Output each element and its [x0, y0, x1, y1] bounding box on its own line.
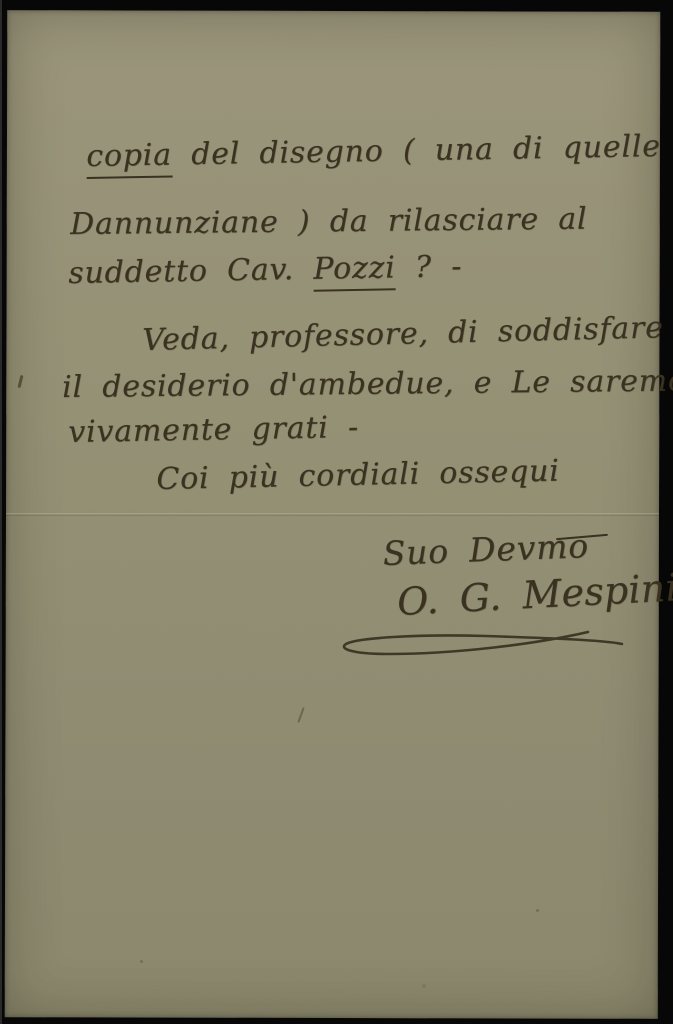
letter-line-5: il desiderio d'ambedue, e Le saremo — [62, 363, 673, 405]
letter-closing: Suo Devmo — [382, 526, 590, 573]
letter-line-3-post: ? - — [395, 249, 462, 285]
letter-line-6: vivamente grati - — [68, 410, 359, 450]
underlined-word-pozzi: Pozzi — [313, 250, 396, 291]
paper-speck — [140, 960, 143, 963]
scanned-letter-page: copia del disegno ( una di quelle Dannun… — [0, 0, 673, 1024]
scan-edge-highlight — [0, 0, 2, 1024]
underlined-word-copia: copia — [86, 138, 172, 179]
letter-line-3-pre: suddetto Cav. — [68, 252, 314, 291]
paper-speck — [536, 909, 539, 912]
letter-line-2: Dannunziane ) da rilasciare al — [70, 202, 588, 242]
letter-line-3: suddetto Cav. Pozzi ? - — [68, 249, 462, 291]
paper-stain — [422, 984, 426, 988]
